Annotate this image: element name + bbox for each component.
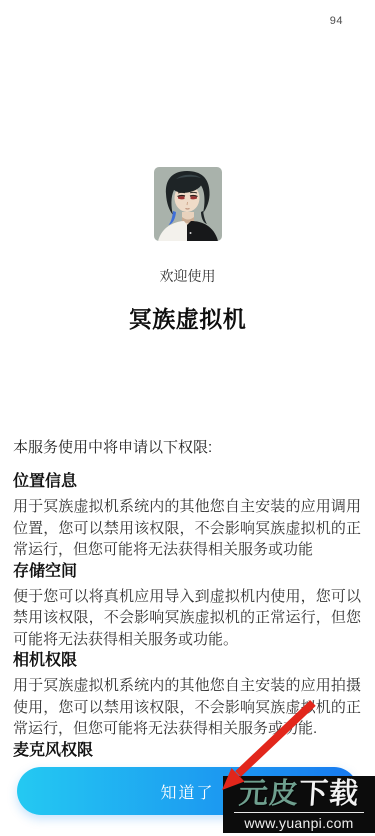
welcome-greeting: 欢迎使用 — [0, 266, 375, 286]
app-screen: 94 — [0, 0, 375, 836]
permission-section: 位置信息 用于冥族虚拟机系统内的其他您自主安装的应用调用位置，您可以禁用该权限，… — [13, 471, 361, 561]
permission-title: 存储空间 — [13, 561, 361, 583]
permission-description: 用于冥族虚拟机系统内的其他您自主安装的应用拍摄使用，您可以禁用该权限，不会影响冥… — [13, 675, 361, 740]
permissions-list: 本服务使用中将申请以下权限: 位置信息 用于冥族虚拟机系统内的其他您自主安装的应… — [13, 437, 361, 765]
watermark-title: 元皮下载 — [238, 778, 360, 811]
watermark-title-part2: 下载 — [298, 778, 360, 810]
watermark-title-part1: 元皮 — [238, 778, 300, 810]
avatar-illustration — [154, 167, 222, 241]
permission-description: 用于冥族虚拟机系统内的其他您自主安装的应用调用位置，您可以禁用该权限，不会影响冥… — [13, 496, 361, 561]
permission-description: 便于您可以将真机应用导入到虚拟机内使用，您可以禁用该权限，不会影响冥族虚拟机的正… — [13, 586, 361, 651]
permission-section: 麦克风权限 — [13, 740, 361, 762]
app-title: 冥族虚拟机 — [0, 301, 375, 334]
permission-sections: 位置信息 用于冥族虚拟机系统内的其他您自主安装的应用调用位置，您可以禁用该权限，… — [13, 471, 361, 762]
avatar — [154, 167, 222, 241]
watermark-divider — [234, 812, 364, 813]
status-bar: 94 — [330, 15, 343, 27]
permission-title: 位置信息 — [13, 471, 361, 493]
permission-section: 存储空间 便于您可以将真机应用导入到虚拟机内使用，您可以禁用该权限，不会影响冥族… — [13, 561, 361, 651]
confirm-button-label: 知道了 — [160, 780, 214, 803]
watermark: 元皮下载 www.yuanpi.com — [223, 776, 375, 833]
battery-level: 94 — [330, 15, 343, 27]
permission-title: 麦克风权限 — [13, 740, 361, 762]
permission-section: 相机权限 用于冥族虚拟机系统内的其他您自主安装的应用拍摄使用，您可以禁用该权限，… — [13, 650, 361, 740]
permission-title: 相机权限 — [13, 650, 361, 672]
permissions-intro: 本服务使用中将申请以下权限: — [13, 437, 361, 458]
watermark-url: www.yuanpi.com — [244, 815, 353, 831]
